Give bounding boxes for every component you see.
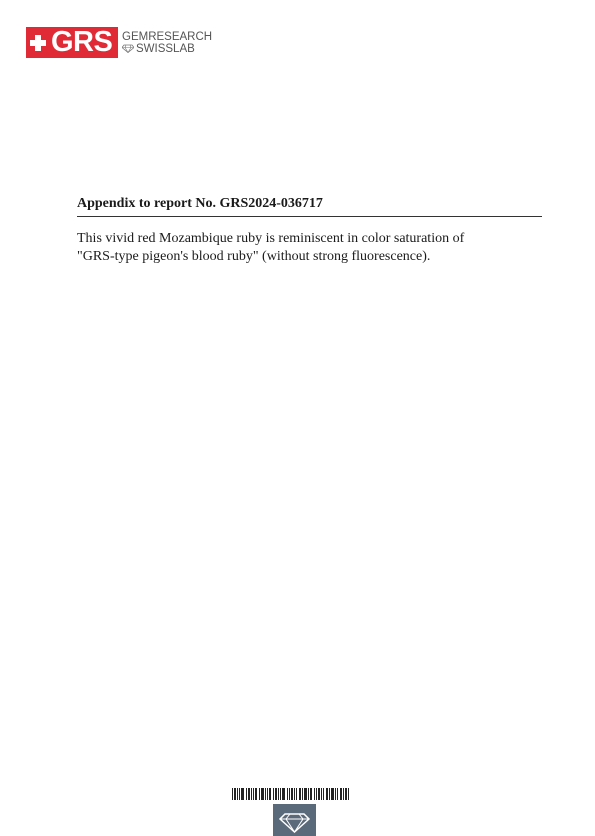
swiss-cross-icon (30, 35, 46, 51)
logo-line1: GEMRESEARCH (122, 31, 212, 43)
logo-line2-row: SWISSLAB (122, 43, 212, 55)
heading-divider (77, 216, 542, 217)
grs-hologram-seal-icon (273, 804, 316, 836)
logo-line2: SWISSLAB (136, 43, 195, 55)
logo-wordmark: GEMRESEARCH SWISSLAB (122, 31, 212, 55)
appendix-heading: Appendix to report No. GRS2024-036717 (77, 196, 323, 212)
appendix-line1: This vivid red Mozambique ruby is remini… (77, 230, 547, 248)
logo-mark: GRS (51, 27, 112, 58)
appendix-line2: "GRS-type pigeon's blood ruby" (without … (77, 248, 547, 266)
grs-logo-box: GRS (26, 27, 118, 58)
diamond-icon (122, 44, 134, 53)
grs-logo: GRS GEMRESEARCH SWISSLAB (26, 27, 212, 58)
appendix-body: This vivid red Mozambique ruby is remini… (77, 230, 547, 266)
barcode-icon (232, 788, 357, 800)
